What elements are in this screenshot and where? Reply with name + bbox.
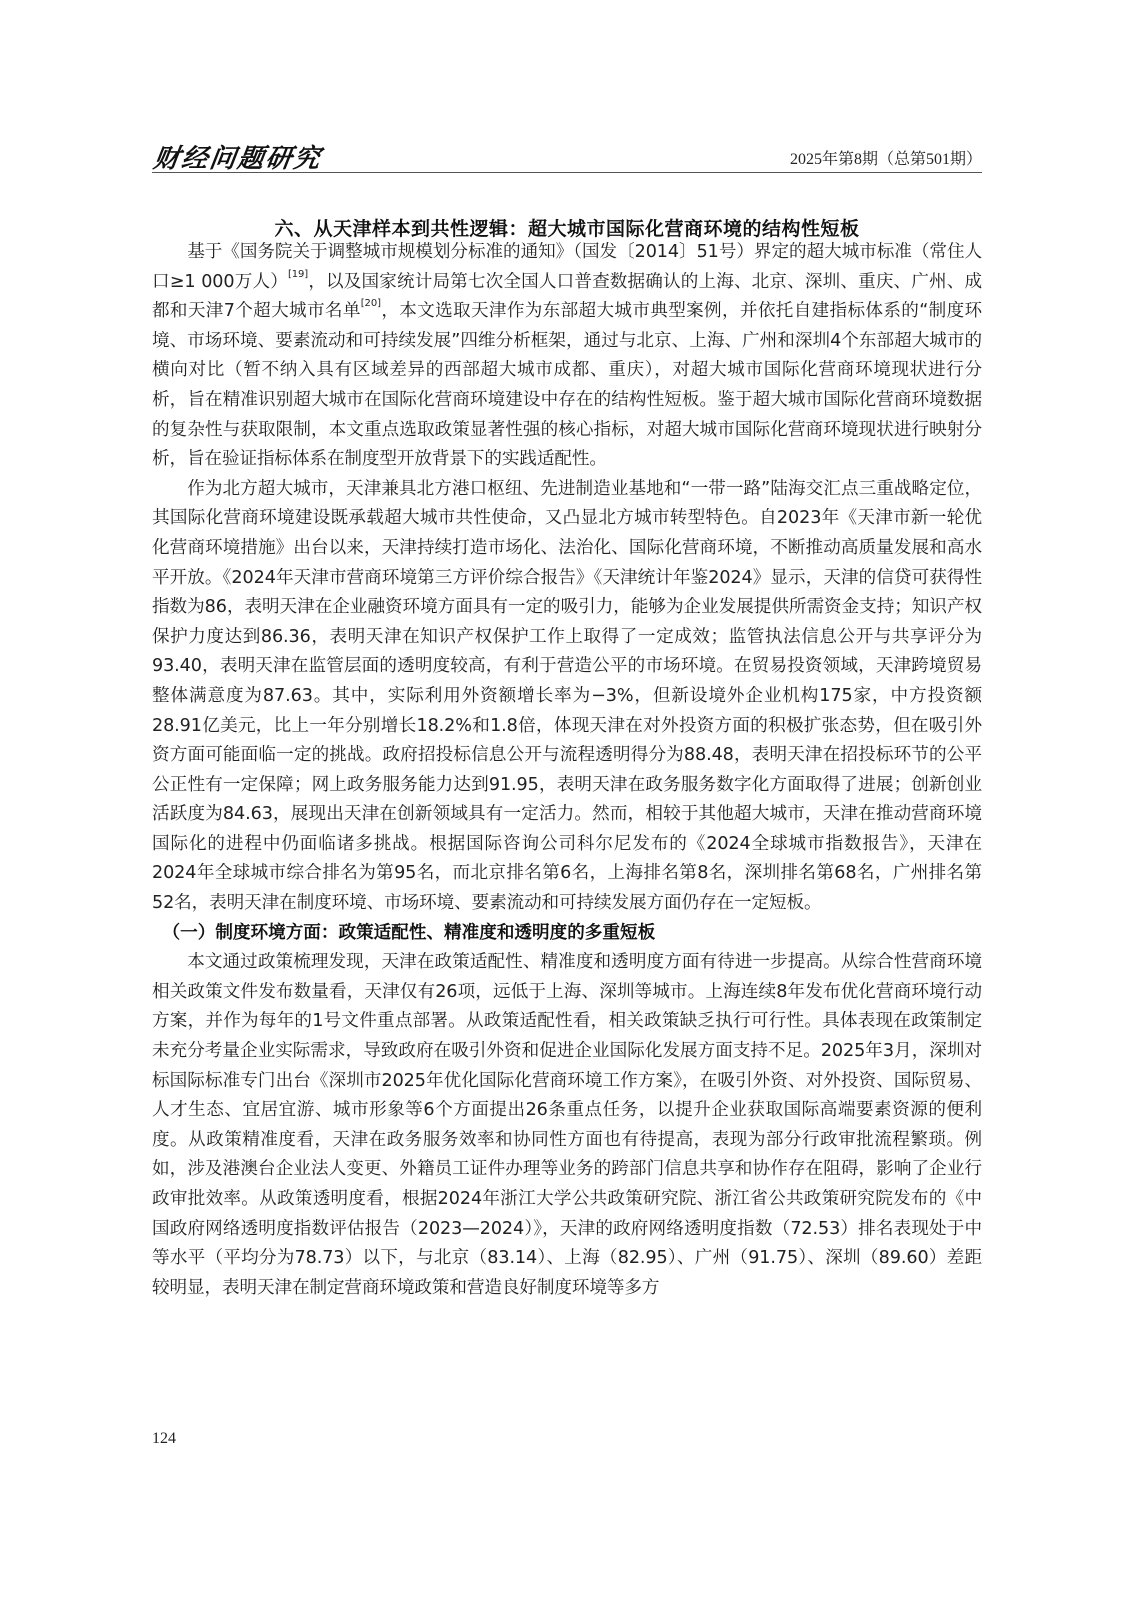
issue-info: 2025年第8期（总第501期） xyxy=(790,146,982,169)
running-header: 财经问题研究 2025年第8期（总第501期） xyxy=(152,136,982,173)
paragraph-2: 作为北方超大城市，天津兼具北方港口枢纽、先进制造业基地和“一带一路”陆海交汇点三… xyxy=(152,475,982,919)
paragraph-1-part-c: ，本文选取天津作为东部超大城市典型案例，并依托自建指标体系的“制度环境、市场环境… xyxy=(152,301,982,469)
journal-logo: 财经问题研究 xyxy=(151,138,324,175)
paragraph-1: 基于《国务院关于调整城市规模划分标准的通知》（国发〔2014〕51号）界定的超大… xyxy=(152,238,982,475)
subsection-heading: （一）制度环境方面：政策适配性、精准度和透明度的多重短板 xyxy=(152,919,982,949)
section-title: 六、从天津样本到共性逻辑：超大城市国际化营商环境的结构性短板 xyxy=(152,214,982,241)
body-text: 基于《国务院关于调整城市规模划分标准的通知》（国发〔2014〕51号）界定的超大… xyxy=(152,238,982,1303)
citation-19[interactable]: [19] xyxy=(288,269,308,280)
citation-20[interactable]: [20] xyxy=(361,298,381,309)
page-number: 124 xyxy=(152,1430,176,1448)
paragraph-3: 本文通过政策梳理发现，天津在政策适配性、精准度和透明度方面有待进一步提高。从综合… xyxy=(152,948,982,1303)
